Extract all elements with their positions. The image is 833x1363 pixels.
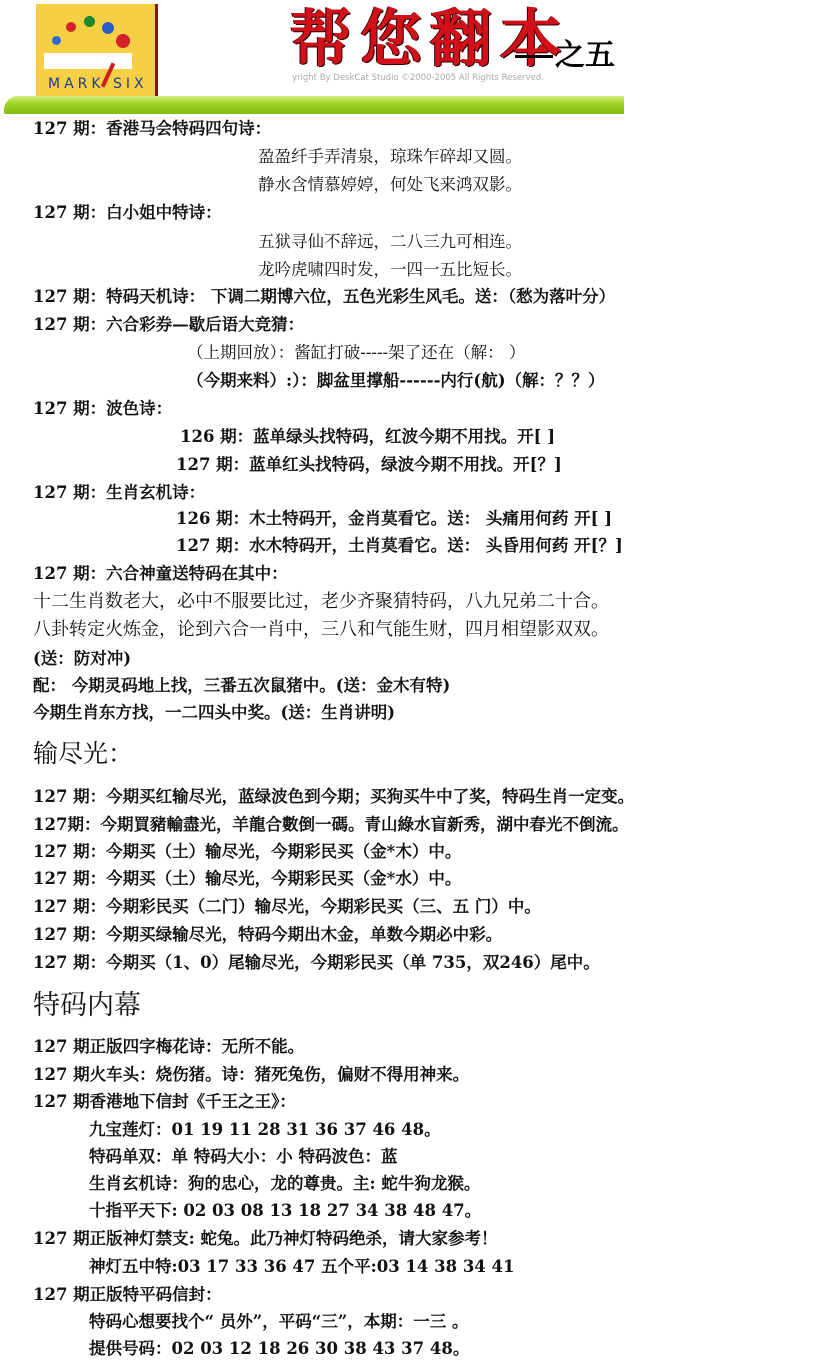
letter-line: 提供号码：02 03 12 18 26 30 38 43 37 48。 — [89, 1338, 469, 1360]
list-item: 127 期火车头：烧伤猪。诗：猪死兔伤，偏财不得用神来。 — [33, 1064, 469, 1086]
lamp-numbers: 神灯五中特:03 17 33 36 47 五个平:03 14 38 34 41 — [89, 1256, 515, 1278]
section-heading: 输尽光： — [33, 738, 133, 770]
list-item: 127 期正版四字梅花诗：无所不能。 — [33, 1036, 304, 1058]
riddle-line: （今期来料）:）：脚盆里撑船------内行(航)（解：？？） — [187, 370, 605, 392]
envelope-line: 十指平天下: 02 03 08 13 18 27 34 38 48 47。 — [89, 1200, 481, 1222]
poem-line: 126 期：木土特码开，金肖莫看它。送： 头痛用何药 开[ ] — [176, 508, 612, 530]
poem-line: 静水含情慕婷婷，何处飞来鸿双影。 — [258, 174, 522, 196]
poem-line: 五狱寻仙不辞远，二八三九可相连。 — [258, 231, 522, 253]
envelope-line: 九宝莲灯：01 19 11 28 31 36 37 46 48。 — [89, 1119, 441, 1141]
bonus-line: (送：防对冲) — [33, 648, 131, 670]
logo-dot-icon — [84, 16, 95, 27]
logo-redacted-bar — [44, 53, 132, 69]
item-label: 127 期：六合神童送特码在其中： — [33, 563, 288, 585]
page-header: MARK SIX 帮您翻本 之五 yright By DeskCat Studi… — [0, 0, 833, 118]
list-item: 127 期：今期买（土）输尽光，今期彩民买（金*木）中。 — [33, 841, 461, 863]
logo-dot-icon — [102, 22, 114, 34]
logo-dot-icon — [66, 22, 76, 32]
envelope-line: 特码单双：单 特码大小：小 特码波色：蓝 — [89, 1146, 398, 1168]
dash-divider — [515, 55, 553, 58]
poem-line: 十二生肖数老大，必中不服要比过，老少齐聚猜特码，八九兄弟二十合。 — [33, 591, 609, 613]
list-item: 127 期香港地下信封《千王之王》： — [33, 1091, 296, 1113]
logo-dot-icon — [116, 34, 130, 48]
item-label: 127 期：香港马会特码四句诗： — [33, 118, 271, 140]
riddle-line: （上期回放）：酱缸打破-----架了还在（解： ） — [187, 342, 525, 364]
item-label: 127 期：六合彩券—歇后语大竞猜： — [33, 314, 304, 336]
copyright-text: yright By DeskCat Studio ©2000-2005 All … — [292, 73, 544, 83]
poem-line: 龙吟虎啸四时发，一四一五比短长。 — [258, 259, 522, 281]
page-subtitle: 之五 — [515, 30, 615, 74]
logo-text: MARK SIX — [48, 76, 148, 92]
item-label: 127 期：特码天机诗： 下调二期博六位，五色光彩生风毛。送：（愁为落叶分） — [33, 286, 615, 308]
list-item: 127 期：今期买红输尽光，蓝绿波色到今期；买狗买牛中了奖，特码生肖一定变。 — [33, 786, 634, 808]
poem-line: 八卦转定火炼金，论到六合一肖中，三八和气能生财，四月相望影双双。 — [33, 619, 609, 641]
item-label: 127 期：波色诗： — [33, 398, 172, 420]
list-item: 127 期正版神灯禁支: 蛇兔。此乃神灯特码绝杀，请大家参考！ — [33, 1228, 498, 1250]
envelope-line: 生肖玄机诗：狗的忠心，龙的尊贵。主: 蛇牛狗龙猴。 — [89, 1173, 480, 1195]
list-item: 127 期：今期买（1、0）尾输尽光，今期彩民买（单 735，双246）尾中。 — [33, 952, 600, 974]
bonus-line: 今期生肖东方找，一二四头中奖。(送：生肖讲明) — [33, 702, 395, 724]
section-heading: 特码内幕 — [33, 990, 141, 1022]
list-item: 127 期：今期买（土）输尽光，今期彩民买（金*水）中。 — [33, 868, 461, 890]
poem-line: 127 期：水木特码开，土肖莫看它。送： 头昏用何药 开[？] — [176, 535, 623, 557]
poem-line: 126 期：蓝单绿头找特码，红波今期不用找。开[ ] — [180, 426, 555, 448]
mark-six-logo: MARK SIX — [36, 4, 158, 98]
letter-line: 特码心想要找个“ 员外”，平码“三”，本期：一三 。 — [89, 1311, 468, 1333]
poem-line: 127 期：蓝单红头找特码，绿波今期不用找。开[？] — [176, 454, 562, 476]
item-label: 127 期：生肖玄机诗： — [33, 482, 205, 504]
item-label: 127 期：白小姐中特诗： — [33, 202, 222, 224]
logo-dot-icon — [52, 36, 61, 45]
bonus-line: 配： 今期灵码地上找，三番五次鼠猪中。(送：金木有特) — [33, 675, 450, 697]
list-item: 127 期：今期买绿输尽光，特码今期出木金，单数今期必中彩。 — [33, 924, 502, 946]
list-item: 127 期正版特平码信封： — [33, 1284, 222, 1306]
green-banner — [4, 96, 624, 114]
list-item: 127期：今期買豬輸盡光，羊龍合數倒一碼。青山綠水盲新秀，湖中春光不倒流。 — [33, 814, 628, 836]
subtitle-text: 之五 — [555, 38, 615, 73]
poem-line: 盈盈纤手弄清泉，琼珠乍碎却又圆。 — [258, 146, 522, 168]
list-item: 127 期：今期彩民买（二门）输尽光，今期彩民买（三、五 门）中。 — [33, 896, 541, 918]
